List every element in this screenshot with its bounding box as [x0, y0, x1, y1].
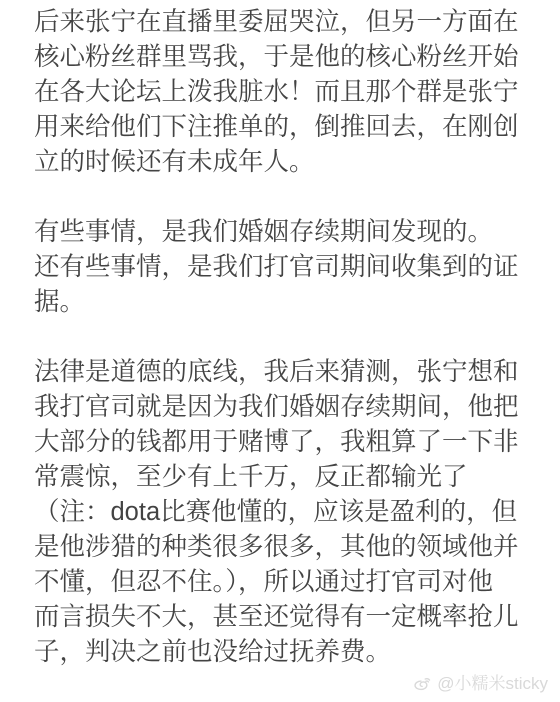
weibo-logo-icon [411, 673, 433, 695]
text-line: 大部分的钱都用于赌博了，我粗算了一下非 [34, 425, 544, 460]
text-line: 立的时候还有未成年人。 [34, 145, 544, 180]
text-line: 而言损失不大，甚至还觉得有一定概率抢儿 [34, 600, 544, 635]
paragraph-1: 后来张宁在直播里委屈哭泣，但另一方面在 核心粉丝群里骂我，于是他的核心粉丝开始 … [34, 5, 544, 180]
text-line: （注：dota比赛他懂的，应该是盈利的，但 [34, 495, 544, 530]
text-line: 用来给他们下注推单的，倒推回去，在刚创 [34, 110, 544, 145]
text-line: 在各大论坛上泼我脏水！而且那个群是张宁 [34, 75, 544, 110]
paragraph-2: 有些事情，是我们婚姻存续期间发现的。 还有些事情，是我们打官司期间收集到的证 据… [34, 215, 544, 320]
text-line: 我打官司就是因为我们婚姻存续期间，他把 [34, 390, 544, 425]
watermark: @小糯米sticky [411, 673, 548, 695]
text-line: 子，判决之前也没给过抚养费。 [34, 635, 544, 670]
post-screenshot: 后来张宁在直播里委屈哭泣，但另一方面在 核心粉丝群里骂我，于是他的核心粉丝开始 … [0, 0, 560, 702]
watermark-text: @小糯米sticky [437, 674, 548, 694]
text-line: 常震惊，至少有上千万，反正都输光了 [34, 460, 544, 495]
text-line: 核心粉丝群里骂我，于是他的核心粉丝开始 [34, 40, 544, 75]
text-line: 还有些事情，是我们打官司期间收集到的证 [34, 250, 544, 285]
post-text: 后来张宁在直播里委屈哭泣，但另一方面在 核心粉丝群里骂我，于是他的核心粉丝开始 … [34, 5, 544, 670]
text-line: 后来张宁在直播里委屈哭泣，但另一方面在 [34, 5, 544, 40]
text-line: 有些事情，是我们婚姻存续期间发现的。 [34, 215, 544, 250]
paragraph-3: 法律是道德的底线，我后来猜测，张宁想和 我打官司就是因为我们婚姻存续期间，他把 … [34, 355, 544, 670]
text-line: 法律是道德的底线，我后来猜测，张宁想和 [34, 355, 544, 390]
text-line: 是他涉猎的种类很多很多，其他的领域他并 [34, 530, 544, 565]
text-line: 据。 [34, 285, 544, 320]
text-line: 不懂，但忍不住。），所以通过打官司对他 [34, 565, 544, 600]
